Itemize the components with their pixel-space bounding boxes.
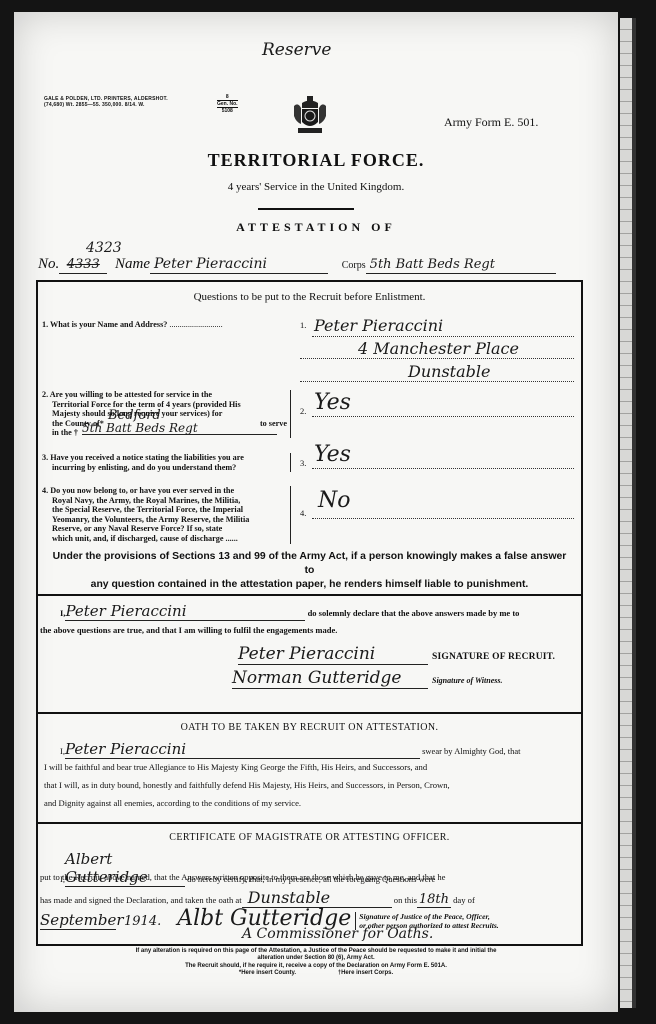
page-edge-strip (618, 18, 636, 1008)
section-divider (38, 594, 581, 596)
reserve-annotation: Reserve (262, 40, 331, 60)
question-1: 1. What is your Name and Address? ......… (42, 320, 287, 330)
form-title: TERRITORIAL FORCE. (14, 150, 618, 171)
year-field: 1914. (124, 914, 161, 929)
corps-field: 5th Batt Beds Regt (366, 256, 556, 274)
question-2: 2. Are you willing to be attested for se… (42, 390, 291, 438)
regimental-number-field: 4333 (59, 256, 107, 274)
number-name-corps-line: No.4333 NamePeter Pieraccini Corps5th Ba… (38, 256, 556, 274)
question-3: 3. Have you received a notice stating th… (42, 453, 291, 472)
certificate-heading: CERTIFICATE OF MAGISTRATE OR ATTESTING O… (38, 832, 581, 843)
form-subtitle: 4 years' Service in the United Kingdom. (14, 181, 618, 193)
title-divider (258, 208, 354, 210)
attestation-form-box: Questions to be put to the Recruit befor… (36, 280, 583, 946)
witness-signature-row: Norman Gutteridge Signature of Witness. (232, 668, 574, 689)
answer-1-town: Dunstable (408, 362, 490, 381)
attestation-heading: ATTESTATION OF (14, 220, 618, 235)
printer-imprint: GALE & POLDEN, LTD. PRINTERS, ALDERSHOT.… (44, 96, 168, 108)
royal-coat-of-arms-icon (290, 94, 330, 138)
oath-heading: OATH TO BE TAKEN BY RECRUIT ON ATTESTATI… (38, 722, 581, 733)
answer-1-name: Peter Pieraccini (314, 316, 443, 335)
officer-title: A Commissioner for Oaths. (242, 926, 433, 942)
place-field: Dunstable (242, 888, 392, 908)
question-4: 4. Do you now belong to, or have you eve… (42, 486, 291, 544)
recruit-name-field: Peter Pieraccini (150, 256, 328, 274)
month-field: September (40, 911, 116, 930)
witness-signature: Norman Gutteridge (232, 668, 428, 689)
false-answer-warning: Under the provisions of Sections 13 and … (48, 550, 571, 592)
answer-2: Yes (314, 390, 351, 415)
gen-no-stamp: 8 Gen. No. 5108 (217, 94, 238, 114)
oath-name-field: Peter Pieraccini (65, 740, 420, 759)
declaration-line: I,Peter Pieraccini do solemnly declare t… (60, 602, 580, 621)
certificate-line-3: has made and signed the Declaration, and… (40, 888, 576, 908)
questions-heading: Questions to be put to the Recruit befor… (38, 291, 581, 303)
section-divider (38, 712, 581, 714)
corps-served-field: 5th Batt Beds Regt (82, 424, 277, 435)
answer-1-address: 4 Manchester Place (358, 339, 519, 358)
recruit-signature: Peter Pieraccini (238, 644, 428, 665)
county-field: Bedford (108, 411, 161, 421)
answer-4: No (318, 488, 351, 513)
footnotes: If any alteration is required on this pa… (14, 948, 618, 978)
answer-3: Yes (314, 442, 351, 467)
oath-line: I,Peter Pieraccini swear by Almighty God… (60, 740, 580, 759)
regimental-number-corrected: 4323 (86, 240, 122, 257)
attestation-form-page: Reserve GALE & POLDEN, LTD. PRINTERS, AL… (14, 12, 618, 1012)
army-form-number: Army Form E. 501. (444, 115, 538, 130)
section-divider (38, 822, 581, 824)
recruit-signature-row: Peter Pieraccini SIGNATURE OF RECRUIT. (238, 644, 574, 665)
declaration-name-field: Peter Pieraccini (65, 602, 305, 621)
oath-text: I will be faithful and bear true Allegia… (44, 758, 575, 812)
